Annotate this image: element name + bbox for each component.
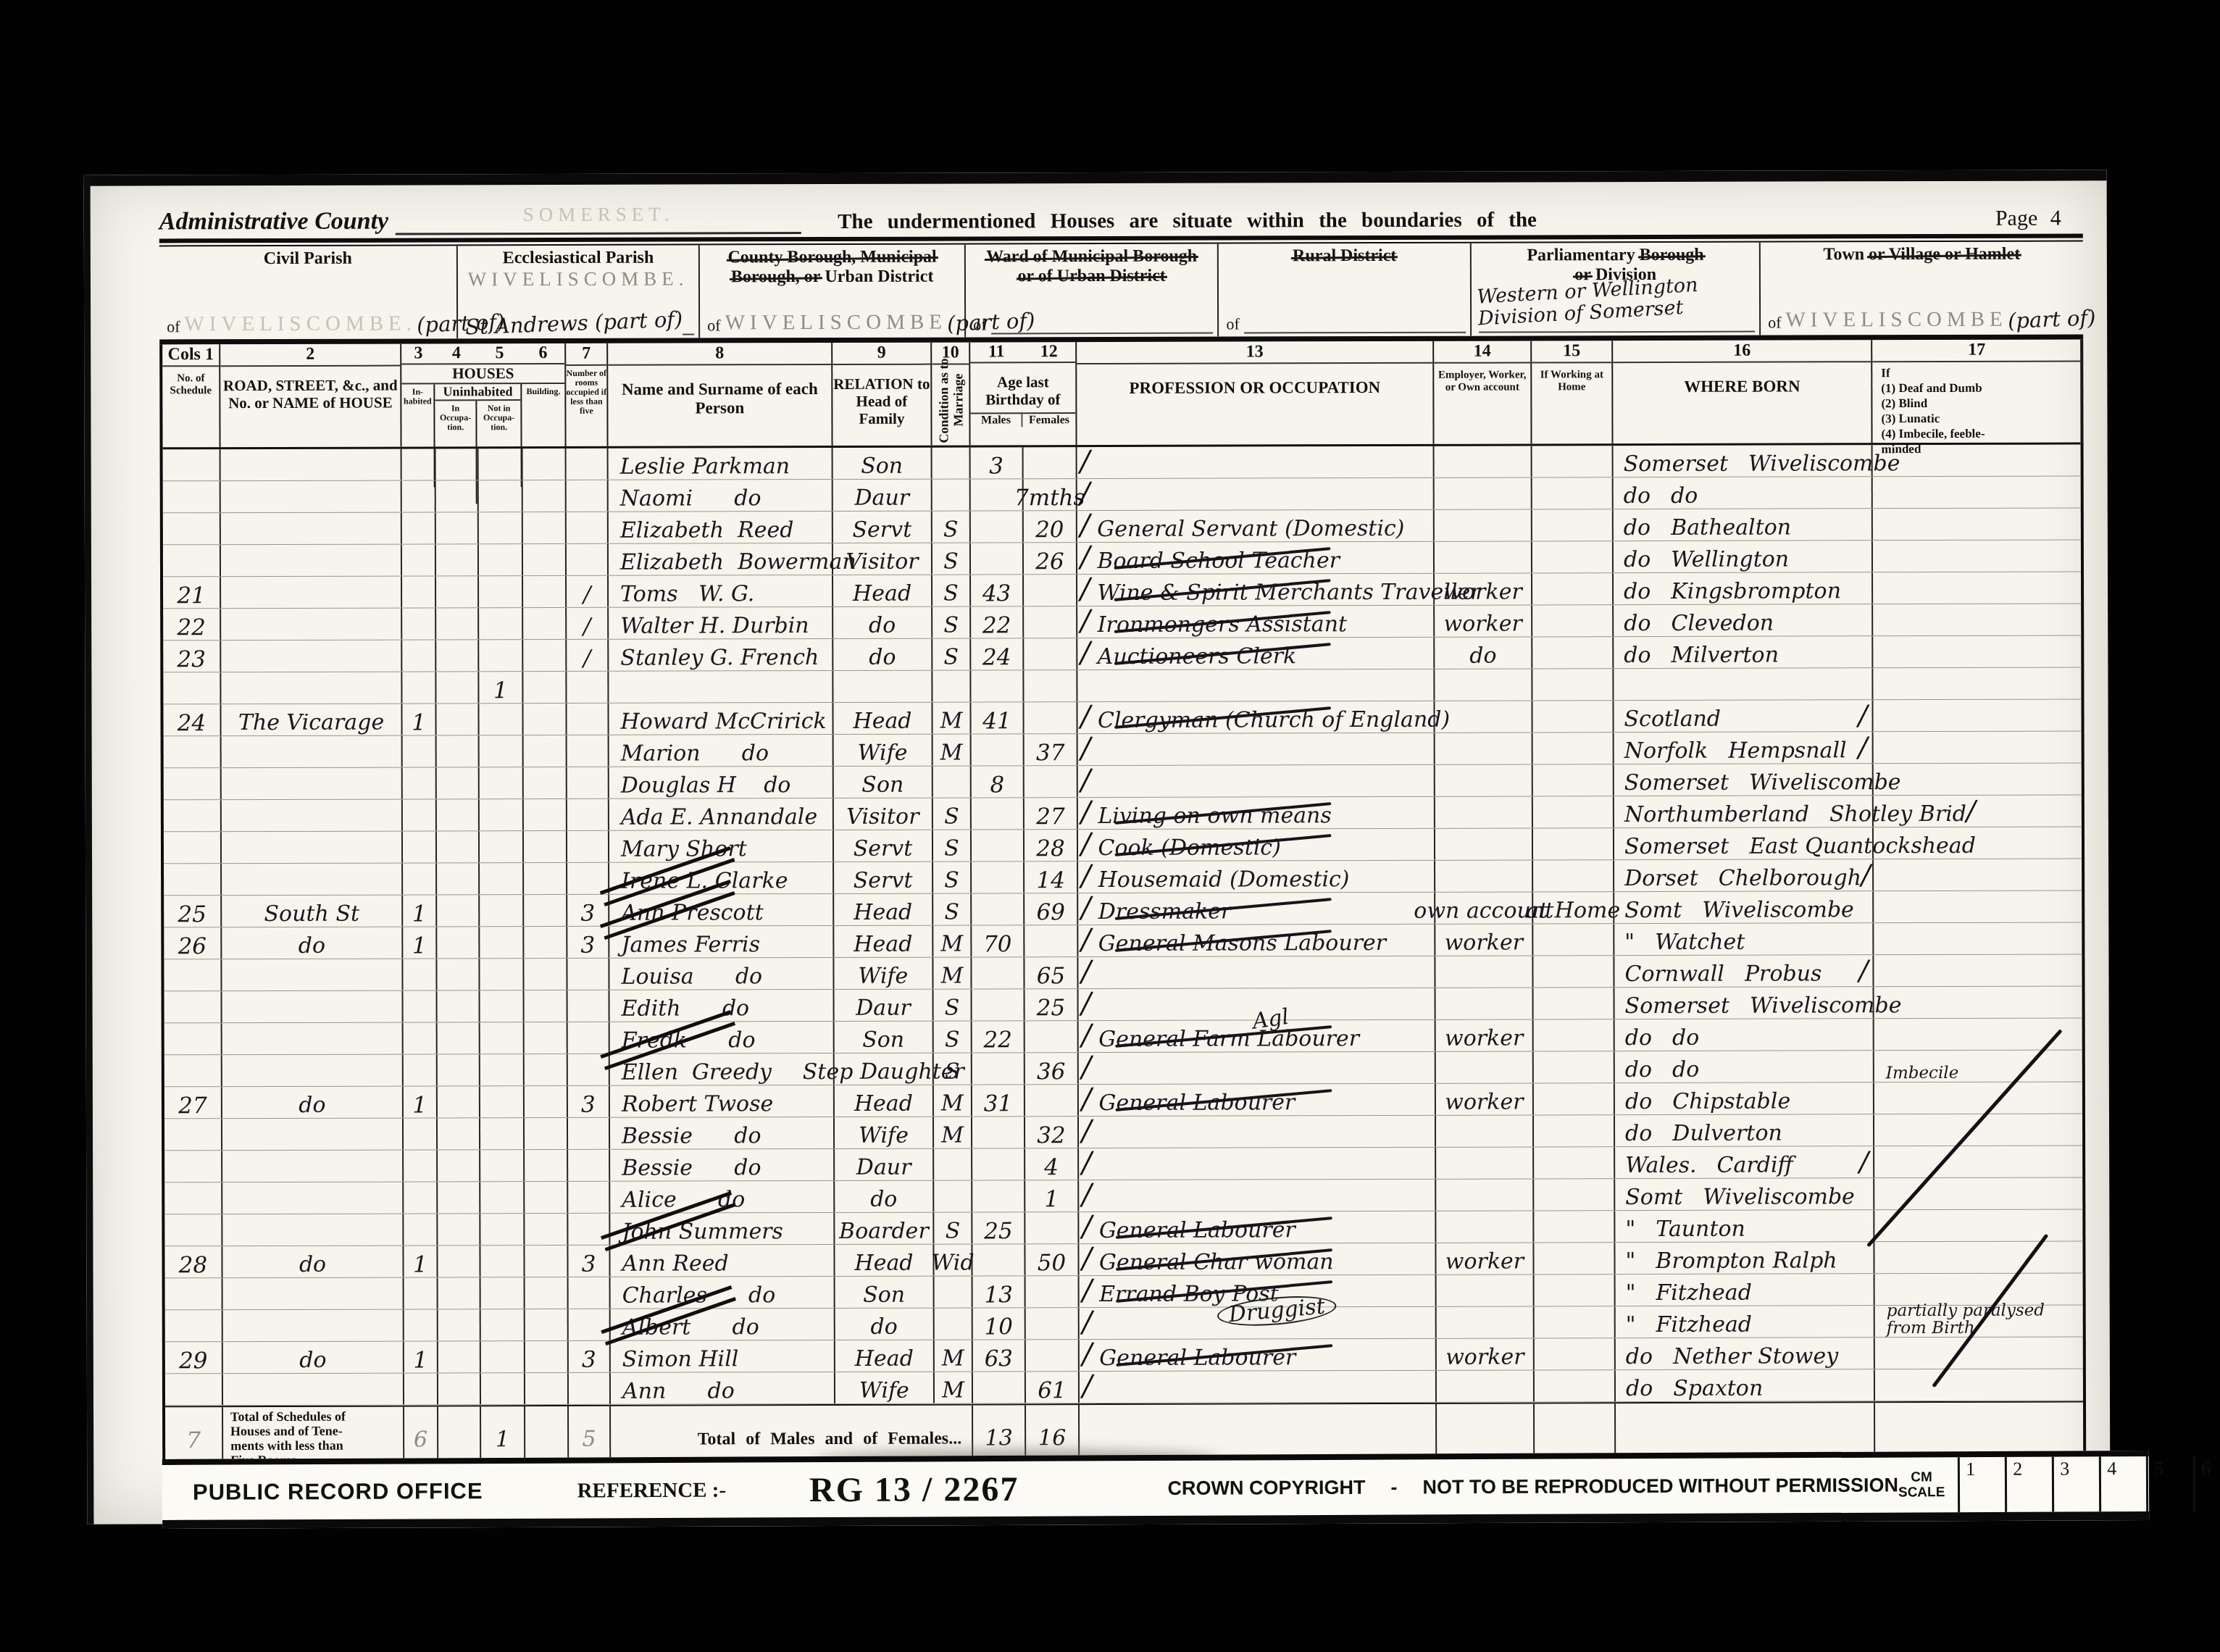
born-place: Taunton bbox=[1656, 1217, 1745, 1242]
cell-age-female-value: 37 bbox=[1036, 741, 1065, 765]
cell-road bbox=[221, 641, 402, 672]
cell-occupation: / bbox=[1077, 478, 1435, 510]
cell-condition: M bbox=[935, 1340, 973, 1371]
cell-road bbox=[222, 832, 403, 864]
cell-name-value: Leslie Parkman bbox=[620, 454, 790, 480]
cell-employer bbox=[1437, 1306, 1535, 1338]
district-title-line: Borough, or Urban District bbox=[700, 267, 964, 287]
cell-where-born bbox=[1614, 668, 1873, 700]
cell-rooms bbox=[567, 704, 609, 735]
born-county: do bbox=[1625, 1090, 1652, 1114]
cell-rooms bbox=[568, 1182, 610, 1213]
cell-name: Louisa do bbox=[609, 958, 834, 990]
cell-name: Toms W. G. bbox=[609, 575, 833, 607]
cell-condition-value: S bbox=[943, 549, 959, 574]
cell-age-female: 25 bbox=[1025, 989, 1079, 1020]
cell-where-born: doKingsbrompton bbox=[1614, 572, 1873, 604]
district-town: Town or Village or HamletofWIVELISCOMBE(… bbox=[1761, 241, 2083, 335]
cell-name: Robert Twose bbox=[610, 1085, 835, 1117]
crown-copyright-label: CROWN COPYRIGHT bbox=[1167, 1476, 1365, 1499]
cell-employer: worker bbox=[1436, 1243, 1534, 1274]
cell-at-home bbox=[1534, 1083, 1615, 1114]
tally-mark: / bbox=[1081, 955, 1091, 988]
cell-employer bbox=[1436, 1115, 1534, 1146]
cell-rooms bbox=[568, 1022, 610, 1054]
district-stamp: WIVELISCOMBE bbox=[725, 311, 947, 335]
tally-mark: / bbox=[1080, 636, 1090, 669]
cell-name-value: Walter H. Durbin bbox=[620, 614, 809, 639]
tally-mark: / bbox=[1082, 1114, 1092, 1148]
cell-in-occupation bbox=[438, 1373, 481, 1404]
cell-relation-value: Wife bbox=[858, 741, 908, 766]
cell-infirmity bbox=[1874, 827, 2084, 859]
column-number: 16 bbox=[1613, 340, 1871, 363]
district-handwritten: (part of) bbox=[2007, 305, 2096, 333]
cell-employer: worker bbox=[1436, 1019, 1534, 1051]
col-relation: 9RELATION to Head of Family bbox=[832, 343, 932, 446]
cell-name-value: Douglas H do bbox=[621, 773, 791, 798]
cell-infirmity bbox=[1873, 699, 2083, 731]
cell-rooms bbox=[567, 735, 609, 767]
census-row: Ellen GreedyStep DaughterS36/dodoImbecil… bbox=[164, 1050, 2082, 1087]
census-row: Ann doWifeM61/doSpaxton bbox=[165, 1369, 2083, 1406]
column-number: 5 bbox=[477, 343, 522, 363]
tally-mark: / bbox=[1082, 1082, 1092, 1116]
cell-relation: Wife bbox=[834, 958, 933, 989]
col-schedule: Cols 1No. of Schedule bbox=[162, 344, 220, 447]
cell-relation: Son bbox=[834, 767, 933, 798]
cell-age-male: 63 bbox=[973, 1340, 1026, 1371]
cell-condition-value: Wid bbox=[931, 1251, 974, 1275]
cell-rooms bbox=[567, 959, 609, 990]
cell-condition: M bbox=[934, 1117, 972, 1148]
cell-at-home bbox=[1533, 956, 1614, 987]
cell-age-male bbox=[972, 1117, 1025, 1148]
cell-employer bbox=[1437, 1370, 1535, 1401]
cell-relation: do bbox=[833, 639, 932, 670]
cell-age-male-value: 3 bbox=[989, 454, 1003, 478]
cell-occupation: / bbox=[1078, 733, 1435, 765]
cell-condition: S bbox=[934, 1021, 972, 1052]
cell-name-value: Ada E. Annandale bbox=[621, 805, 817, 830]
born-place: Wiveliscombe bbox=[1702, 898, 1854, 923]
cell-relation-value: Wife bbox=[859, 1124, 909, 1148]
cell-employer bbox=[1435, 733, 1533, 764]
cell-rooms-value: 3 bbox=[581, 1093, 596, 1117]
tally-mark: / bbox=[1080, 572, 1090, 606]
cell-road bbox=[221, 672, 402, 704]
cell-age-male bbox=[972, 957, 1025, 988]
cell-schedule bbox=[163, 513, 221, 544]
cell-at-home bbox=[1534, 1115, 1615, 1146]
cell-where-born: DorsetChelborough/ bbox=[1614, 859, 1874, 891]
born-county: do bbox=[1624, 516, 1651, 541]
cell-age-male: 43 bbox=[971, 575, 1024, 606]
cell-rooms-value: / bbox=[583, 646, 591, 671]
column-label: Condition as to Marriage bbox=[936, 355, 965, 445]
cell-relation: Head bbox=[835, 1085, 934, 1117]
cell-relation: Wife bbox=[834, 735, 933, 766]
cell-relation: Wife bbox=[835, 1372, 935, 1403]
cm-scale-ruler: 123456 bbox=[1958, 1456, 2220, 1512]
cell-occupation: /Ironmongers Assistant bbox=[1077, 606, 1435, 638]
cell-age-male bbox=[973, 1372, 1026, 1403]
cell-age-female bbox=[1026, 1340, 1080, 1371]
cell-employer bbox=[1436, 1211, 1534, 1242]
cell-rooms bbox=[569, 1277, 611, 1309]
admin-county-line: SOMERSET. bbox=[396, 203, 801, 235]
cell-infirmity bbox=[1874, 859, 2084, 890]
cell-where-born: dodo bbox=[1615, 1019, 1874, 1051]
cell-occupation: /Wine & Spirit Merchants Traveller bbox=[1077, 574, 1435, 606]
cell-condition bbox=[933, 766, 972, 797]
cell-infirmity bbox=[1875, 1337, 2085, 1369]
cell-name-value: Simon Hill bbox=[622, 1347, 739, 1372]
totals-not-in-occupation-value: 1 bbox=[496, 1427, 509, 1452]
cell-at-home bbox=[1535, 1370, 1616, 1401]
census-page: Administrative County SOMERSET. The unde… bbox=[84, 170, 2111, 1524]
cell-age-male bbox=[972, 734, 1025, 765]
cell-age-male: 10 bbox=[973, 1308, 1026, 1339]
cell-condition: S bbox=[933, 798, 972, 829]
cell-road-value: The Vicarage bbox=[238, 711, 384, 736]
cell-where-born: SomersetEast Quantockshead bbox=[1614, 827, 1874, 859]
cell-not-in-occupation bbox=[480, 863, 524, 894]
cell-relation-value: do bbox=[871, 1315, 898, 1340]
cell-condition-value: M bbox=[940, 741, 963, 765]
cell-employer-value: worker bbox=[1445, 1345, 1524, 1369]
district-value: ofWIVELISCOMBE(part of) bbox=[1761, 306, 2083, 335]
district-title-line: Ward of Municipal Borough bbox=[966, 247, 1217, 267]
cell-in-occupation bbox=[436, 640, 479, 671]
cell-not-in-occupation bbox=[480, 1214, 525, 1245]
cell-at-home bbox=[1533, 828, 1614, 859]
cell-where-born: SomersetWiveliscombe bbox=[1615, 987, 1874, 1019]
cell-schedule-value: 24 bbox=[178, 711, 206, 735]
born-place: Chipstable bbox=[1672, 1089, 1790, 1114]
cell-relation: Wife bbox=[835, 1117, 934, 1148]
cell-age-female-value: 28 bbox=[1036, 836, 1065, 861]
cell-rooms bbox=[569, 1373, 611, 1404]
cell-infirmity bbox=[1874, 763, 2084, 795]
cell-in-occupation bbox=[438, 990, 480, 1022]
col-name: 8Name and Surname of each Person bbox=[608, 343, 832, 446]
cell-age-female: 65 bbox=[1025, 957, 1078, 988]
cell-not-in-occupation bbox=[479, 608, 523, 639]
cell-rooms bbox=[567, 512, 609, 543]
cell-rooms-value: 3 bbox=[580, 933, 595, 958]
column-headers: Cols 1No. of Schedule2ROAD, STREET, &c.,… bbox=[162, 339, 2080, 449]
cell-not-in-occupation bbox=[479, 704, 523, 735]
cell-in-occupation bbox=[436, 672, 479, 703]
cell-age-male-value: 41 bbox=[982, 709, 1011, 733]
cell-schedule-value: 29 bbox=[179, 1348, 208, 1373]
cell-infirmity-value: partially paralysed from Birth bbox=[1887, 1302, 2045, 1338]
cell-name: Elizabeth Bowerman bbox=[609, 543, 833, 575]
tally-mark: / bbox=[1080, 445, 1090, 478]
cell-schedule bbox=[164, 1214, 222, 1246]
cell-at-home bbox=[1532, 541, 1614, 572]
cell-condition: S bbox=[934, 1053, 972, 1084]
cell-name-value: Toms W. G. bbox=[620, 582, 754, 606]
column-number: 3 bbox=[401, 343, 435, 363]
census-row: 25South St13Ann PrescottHeadS69/Dressmak… bbox=[164, 890, 2082, 927]
tally-mark: / bbox=[1082, 1306, 1093, 1339]
cell-condition: S bbox=[934, 1212, 972, 1243]
cell-age-female-value: 7mths bbox=[1014, 485, 1085, 510]
district-county-borough: County Borough, MunicipalBorough, or Urb… bbox=[700, 244, 966, 338]
cell-in-occupation bbox=[438, 1022, 480, 1054]
cell-schedule bbox=[164, 1055, 222, 1086]
cell-occupation: / bbox=[1079, 1116, 1436, 1148]
census-row: Mary ShortServtS28/Cook (Domestic)Somers… bbox=[164, 827, 2082, 864]
cell-rooms-value: / bbox=[583, 583, 591, 607]
cell-age-male: 22 bbox=[971, 606, 1024, 638]
cell-relation: Head bbox=[835, 1340, 935, 1372]
born-place: Brompton Ralph bbox=[1656, 1248, 1837, 1274]
cell-employer bbox=[1437, 1275, 1535, 1306]
cell-road bbox=[222, 959, 403, 991]
born-county: do bbox=[1624, 548, 1651, 572]
clerk-check-mark: / bbox=[1859, 954, 1869, 986]
cell-occupation: /General Labourer bbox=[1080, 1339, 1437, 1371]
cell-occupation: / bbox=[1079, 1052, 1436, 1084]
cell-where-born: doSpaxton bbox=[1616, 1369, 1875, 1401]
census-row: Elizabeth BowermanVisitorS26/Board Schoo… bbox=[163, 540, 2081, 577]
cell-condition-value: M bbox=[942, 1378, 964, 1403]
column-number: 4 bbox=[435, 343, 478, 363]
cell-relation-value: Head bbox=[854, 901, 912, 925]
cell-in-occupation bbox=[438, 1341, 481, 1372]
census-row: Fredk doSonS22/General Farm LabourerAglw… bbox=[164, 1018, 2082, 1055]
cell-age-male: 25 bbox=[972, 1212, 1025, 1243]
cell-age-female bbox=[1025, 1085, 1079, 1116]
census-row: Naomi doDaur7mths/dodo bbox=[163, 476, 2081, 513]
cell-condition-value: S bbox=[945, 1027, 960, 1052]
census-row: Douglas H doSon8/SomersetWiveliscombe bbox=[164, 763, 2082, 800]
cell-not-in-occupation bbox=[481, 1341, 525, 1372]
cell-relation-value: do bbox=[869, 614, 896, 638]
cell-employer bbox=[1436, 1051, 1534, 1082]
cell-occupation: / bbox=[1078, 765, 1435, 797]
cell-schedule bbox=[164, 800, 222, 831]
cell-in-occupation bbox=[438, 1054, 480, 1085]
cell-infirmity bbox=[1874, 954, 2084, 986]
admin-county-stamp: SOMERSET. bbox=[523, 204, 675, 226]
cell-age-male-value: 10 bbox=[984, 1314, 1013, 1339]
cell-employer-value: worker bbox=[1443, 612, 1522, 636]
born-place: Kingsbrompton bbox=[1671, 579, 1841, 604]
cell-occupation: /Dressmaker bbox=[1078, 893, 1435, 925]
column-number: 12 bbox=[1022, 342, 1075, 362]
born-place: Spaxton bbox=[1673, 1377, 1763, 1401]
cell-condition-value: M bbox=[941, 1091, 964, 1116]
cell-age-male bbox=[972, 1053, 1025, 1084]
born-county: Norfolk bbox=[1624, 739, 1708, 764]
cell-schedule bbox=[163, 449, 221, 480]
cell-infirmity bbox=[1874, 1146, 2085, 1177]
district-title: Ecclesiastical Parish bbox=[458, 245, 698, 268]
district-title-segment: Ward of Municipal Borough bbox=[986, 247, 1197, 267]
district-value: of bbox=[966, 315, 1217, 338]
census-row: Irene L. ClarkeServtS14/Housemaid (Domes… bbox=[164, 859, 2082, 896]
cell-relation-value: Daur bbox=[854, 486, 909, 511]
cell-occupation: /Living on own means bbox=[1078, 797, 1435, 829]
cell-schedule bbox=[164, 864, 222, 895]
of-label: of bbox=[973, 315, 986, 334]
cell-inhabited bbox=[402, 480, 436, 512]
tally-mark: / bbox=[1081, 796, 1091, 829]
totals-inhabited-value: 6 bbox=[414, 1427, 427, 1452]
reference-number: RG 13 / 2267 bbox=[809, 1469, 1019, 1509]
cell-in-occupation bbox=[437, 927, 480, 958]
cell-employer bbox=[1436, 988, 1534, 1019]
column-number: 17 bbox=[1872, 339, 2081, 362]
cell-at-home bbox=[1535, 1338, 1616, 1369]
district-value: of bbox=[1219, 314, 1470, 337]
cell-age-female: 32 bbox=[1025, 1117, 1079, 1148]
column-label: In Occupa-tion. bbox=[435, 404, 476, 432]
district-title-segment: or Village or Hamlet bbox=[1869, 245, 2020, 264]
cell-building bbox=[523, 640, 567, 671]
cell-condition bbox=[932, 670, 971, 701]
cell-condition-value: S bbox=[943, 645, 959, 669]
cell-in-occupation bbox=[438, 1118, 480, 1149]
cell-occupation-value: General Masons Labourer bbox=[1098, 931, 1386, 956]
census-row: Bessie doDaur4/Wales.Cardiff/ bbox=[164, 1146, 2082, 1182]
cell-age-female-value: 4 bbox=[1044, 1155, 1059, 1180]
cell-age-female bbox=[1026, 1276, 1080, 1307]
cell-road bbox=[223, 1374, 404, 1406]
cell-occupation: /General Labourer bbox=[1079, 1211, 1436, 1243]
cell-where-born: "Fitzhead bbox=[1616, 1306, 1875, 1338]
col-working-at-home: 15If Working at Home bbox=[1532, 341, 1613, 443]
cell-age-male-value: 63 bbox=[985, 1346, 1014, 1371]
cell-inhabited bbox=[403, 799, 437, 830]
cell-age-female bbox=[1025, 1212, 1079, 1243]
cell-infirmity bbox=[1874, 1241, 2085, 1273]
cell-age-female-value: 26 bbox=[1035, 549, 1064, 574]
column-number: 15 bbox=[1532, 341, 1611, 363]
ruler-cell: 6 bbox=[2193, 1456, 2220, 1511]
cell-infirmity bbox=[1873, 540, 2083, 572]
cell-not-in-occupation-value: 1 bbox=[493, 678, 508, 703]
cell-age-male bbox=[972, 989, 1025, 1020]
cell-not-in-occupation bbox=[481, 1277, 525, 1309]
cell-inhabited bbox=[404, 1373, 438, 1404]
cell-relation: do bbox=[833, 607, 932, 638]
cell-occupation bbox=[1077, 669, 1435, 701]
cell-condition: S bbox=[932, 543, 971, 574]
cell-schedule-value: 25 bbox=[178, 902, 206, 927]
cell-schedule bbox=[165, 1278, 223, 1309]
census-row: 21/Toms W. G.HeadS43/Wine & Spirit Merch… bbox=[163, 572, 2081, 609]
cell-not-in-occupation bbox=[481, 1309, 525, 1340]
cell-relation: Son bbox=[833, 448, 932, 479]
column-label: Number of rooms occupied if less than fi… bbox=[566, 369, 606, 416]
district-title-line: Rural District bbox=[1219, 246, 1470, 267]
district-ecclesiastical-parish: Ecclesiastical ParishWIVELISCOMBE.St And… bbox=[458, 245, 701, 338]
cell-in-occupation bbox=[438, 1277, 481, 1309]
cell-condition-value: S bbox=[943, 581, 959, 606]
cell-schedule-value: 21 bbox=[177, 583, 206, 608]
cell-relation: Son bbox=[835, 1277, 935, 1308]
cell-occupation: / bbox=[1080, 1371, 1437, 1403]
cell-employer bbox=[1435, 669, 1532, 700]
born-county: do bbox=[1625, 1026, 1652, 1051]
cell-road bbox=[222, 1214, 404, 1246]
born-place: Bathealton bbox=[1671, 515, 1791, 540]
cell-name-value: Ann Reed bbox=[622, 1251, 728, 1276]
cell-in-occupation bbox=[437, 831, 480, 862]
clerk-check-mark: / bbox=[1858, 699, 1868, 731]
cell-infirmity bbox=[1873, 572, 2083, 604]
cell-in-occupation bbox=[437, 799, 480, 830]
cell-building bbox=[523, 672, 567, 703]
cell-schedule bbox=[164, 1023, 222, 1054]
cell-condition-value: M bbox=[940, 932, 963, 956]
cell-at-home bbox=[1533, 733, 1614, 764]
cell-rooms: / bbox=[567, 608, 609, 639]
district-title-segment: County Borough, Municipal bbox=[727, 248, 936, 267]
column-label: ROAD, STREET, &c., and No. or NAME of HO… bbox=[220, 377, 400, 412]
cell-relation-value: do bbox=[869, 646, 896, 670]
cell-rooms: 3 bbox=[568, 1246, 610, 1277]
cell-age-female-value: 61 bbox=[1038, 1378, 1067, 1403]
cell-inhabited bbox=[404, 1118, 438, 1149]
cell-employer: worker bbox=[1435, 924, 1533, 955]
cell-building bbox=[524, 863, 567, 894]
cell-relation: Daur bbox=[835, 1149, 934, 1180]
cell-relation bbox=[833, 671, 932, 702]
column-number: 7 bbox=[566, 343, 606, 366]
cell-road: do bbox=[222, 927, 403, 959]
cell-name: Simon Hill bbox=[611, 1340, 835, 1372]
cell-building bbox=[524, 959, 567, 990]
cell-condition: S bbox=[933, 893, 972, 925]
cell-not-in-occupation bbox=[480, 799, 524, 830]
cell-rooms bbox=[568, 1118, 610, 1149]
cell-age-female bbox=[1024, 670, 1077, 701]
cell-employer-value: do bbox=[1469, 644, 1496, 669]
cell-rooms bbox=[568, 1150, 610, 1181]
cell-where-born: "Watchet bbox=[1614, 923, 1874, 955]
born-place: Fitzhead bbox=[1656, 1281, 1752, 1306]
district-stamp: WIVELISCOMBE. bbox=[458, 267, 698, 291]
cell-age-female: 69 bbox=[1025, 893, 1078, 925]
cell-age-female: 7mths bbox=[1024, 479, 1077, 510]
born-place: Wiveliscombe bbox=[1703, 1185, 1855, 1210]
cell-name: Douglas H do bbox=[609, 767, 834, 798]
cell-inhabited bbox=[404, 1309, 438, 1340]
census-row: 24The Vicarage1Howard McCririckHeadM41/C… bbox=[163, 699, 2081, 736]
cell-condition bbox=[934, 1148, 972, 1180]
cell-condition-value: M bbox=[942, 1346, 964, 1371]
cell-not-in-occupation bbox=[480, 1150, 525, 1181]
totals-rooms-value: 5 bbox=[583, 1427, 596, 1452]
cell-employer: own account bbox=[1435, 892, 1533, 923]
cell-relation: Daur bbox=[835, 990, 934, 1021]
cell-schedule: 23 bbox=[163, 641, 221, 672]
cell-age-female-value: 65 bbox=[1037, 964, 1066, 988]
cell-relation: Servt bbox=[833, 512, 932, 543]
cell-infirmity bbox=[1874, 890, 2084, 922]
cell-building bbox=[525, 1054, 568, 1085]
district-civil-parish: Civil ParishofWIVELISCOMBE.(part of) bbox=[159, 246, 458, 339]
cell-rooms-value: 3 bbox=[582, 1348, 596, 1372]
cell-inhabited bbox=[404, 1277, 438, 1309]
cell-infirmity bbox=[1874, 922, 2084, 954]
